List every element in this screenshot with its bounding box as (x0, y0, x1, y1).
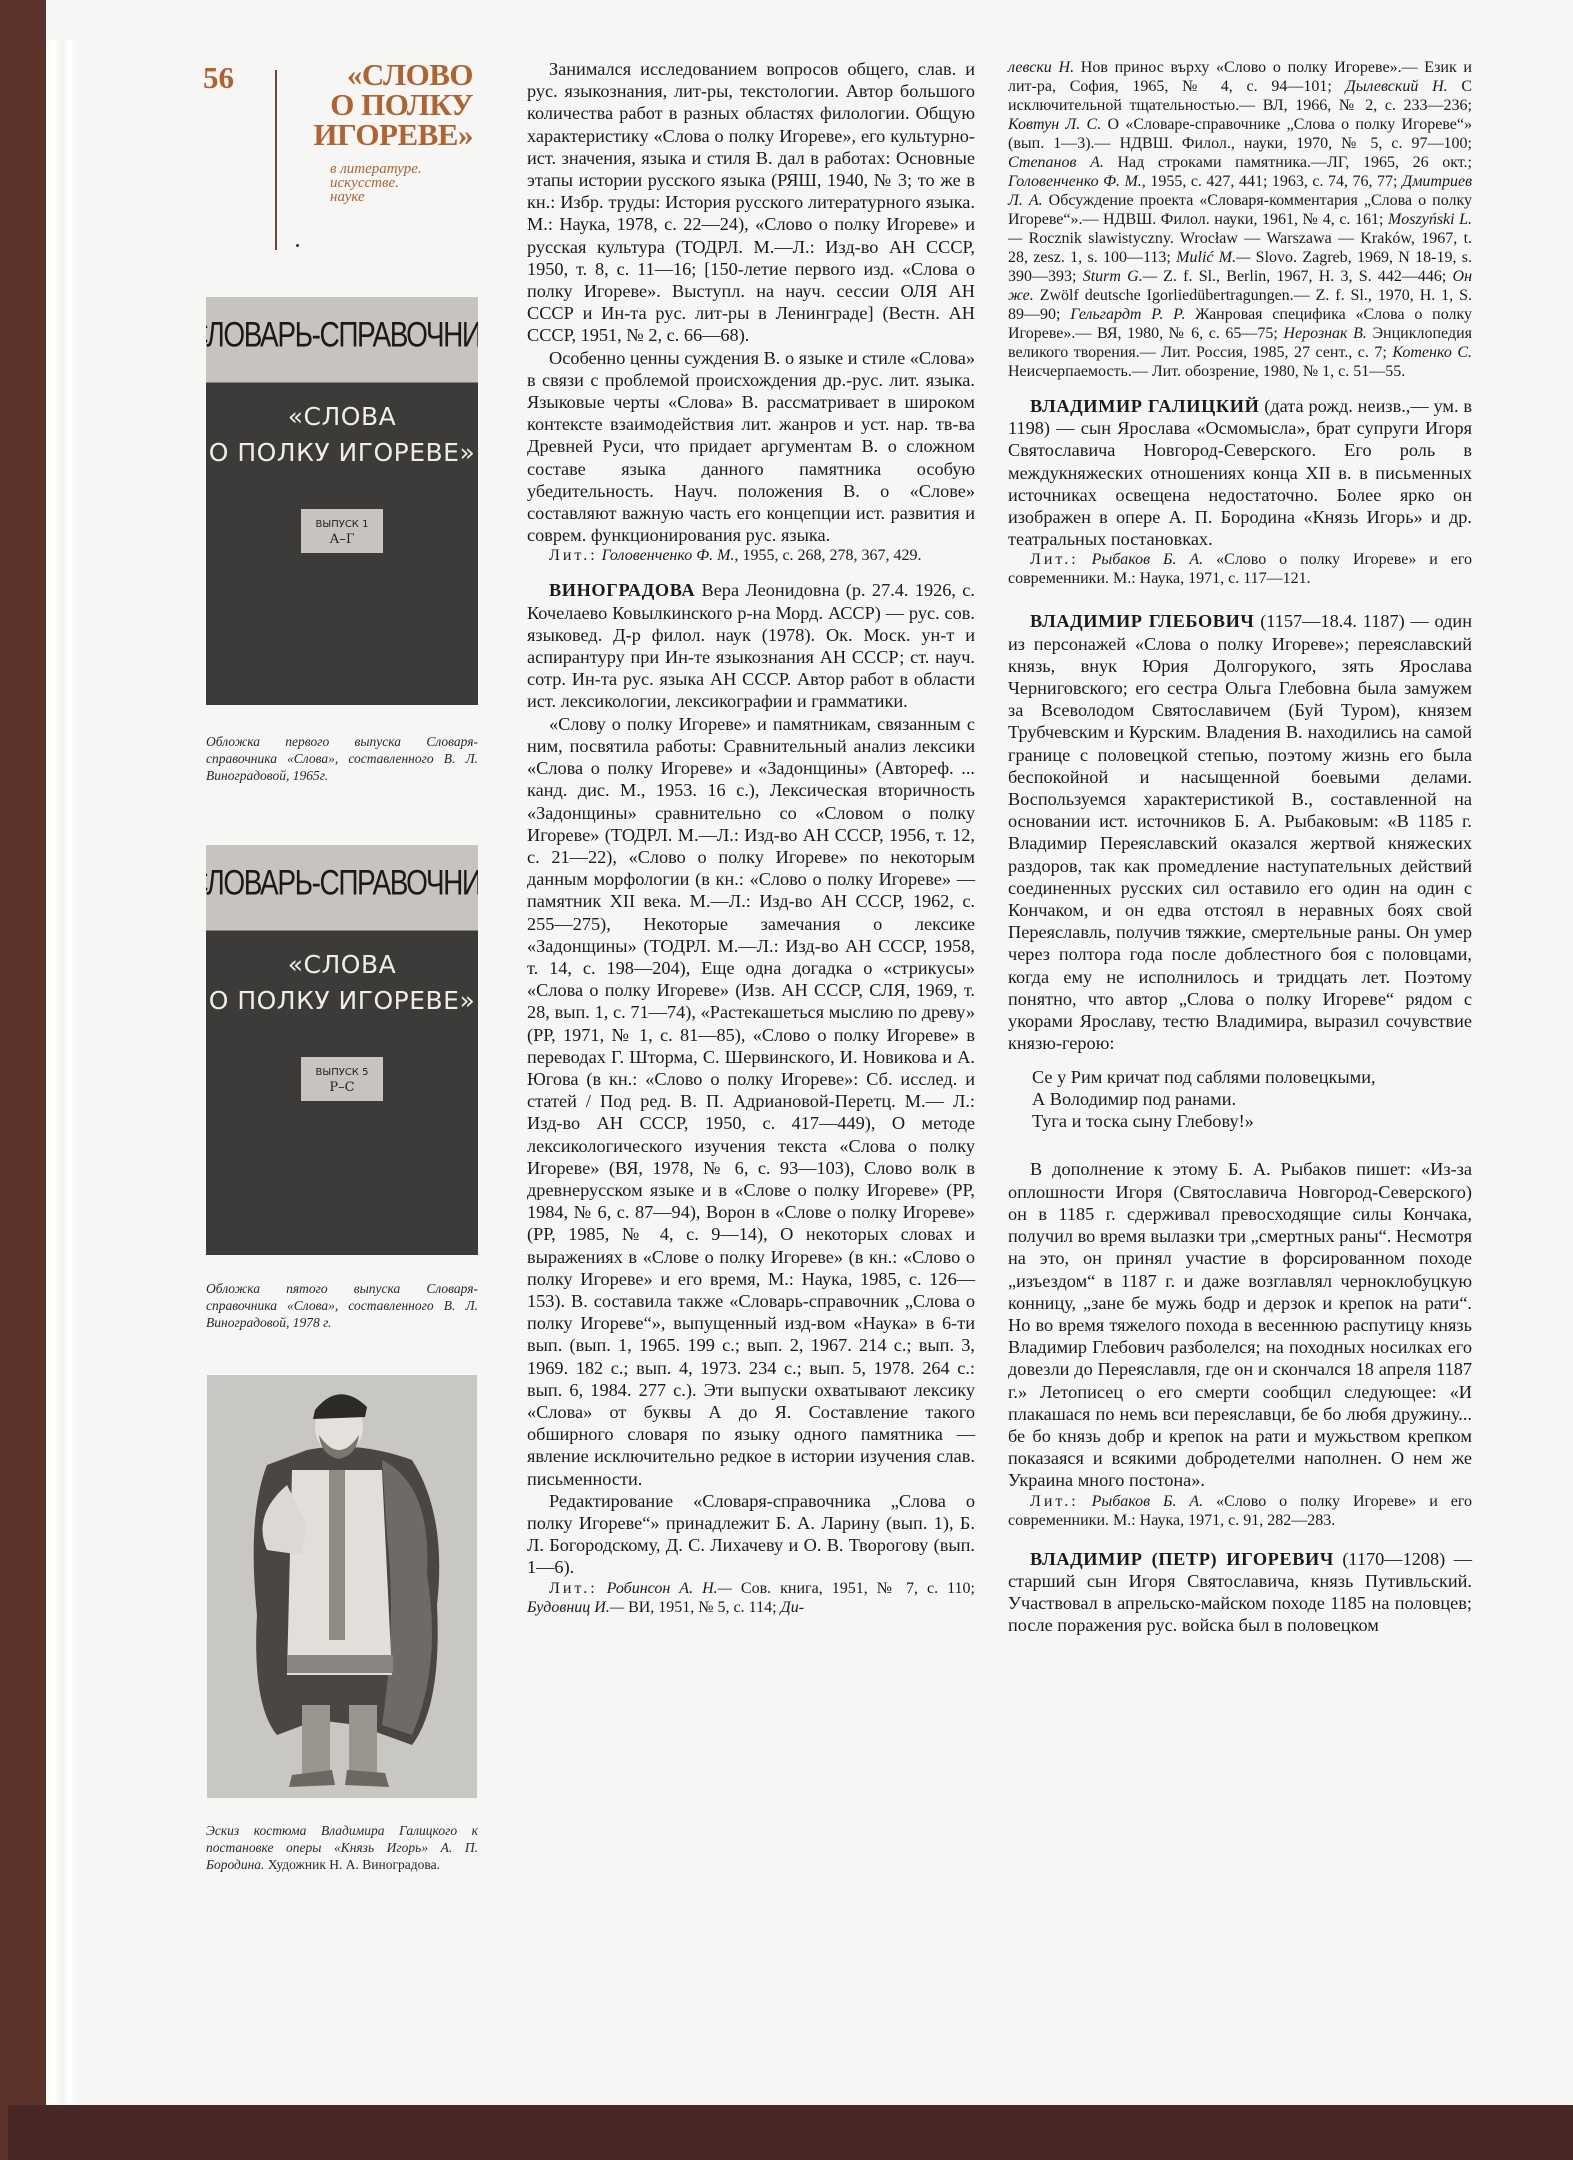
cover-issue-plate: ВЫПУСК 1 А–Г (301, 509, 383, 553)
running-title: «СЛОВО О ПОЛКУ ИГОРЕВЕ» (293, 60, 473, 150)
lit-author: Sturm G.— (1083, 268, 1157, 285)
figure-caption-3: Эскиз костюма Владимира Галицкого к пост… (206, 1822, 478, 1873)
running-title-line: О ПОЛКУ (293, 90, 473, 120)
subtitle-line: науке (330, 190, 490, 204)
cover-issue-plate: ВЫПУСК 5 Р–С (301, 1057, 383, 1101)
verse-line: Се у Рим кричат под саблями половецкыми, (1032, 1066, 1472, 1088)
lit-reference: Z. f. Sl., Berlin, 1967, H. 3, S. 442—44… (1163, 268, 1446, 285)
literature-note-continued: левски Н. Нов принос върху «Слово о полк… (1008, 58, 1472, 381)
lit-author: Котенко С. (1392, 344, 1472, 361)
lit-author: Нерознак В. (1283, 325, 1366, 342)
lit-author: Рыбаков Б. А. (1092, 551, 1204, 568)
cover-title-line: «СЛОВА (206, 399, 478, 435)
book-cover-issue-1: СЛОВАРЬ-СПРАВОЧНИК «СЛОВА О ПОЛКУ ИГОРЕВ… (206, 297, 478, 705)
lit-reference: Неисчерпаемость.— Лит. обозрение, 1980, … (1008, 363, 1405, 380)
header-divider (275, 70, 277, 250)
literature-note: Лит.: Головенченко Ф. М., 1955, с. 268, … (527, 546, 975, 565)
verse-quote: Се у Рим кричат под саблями половецкыми,… (1032, 1066, 1472, 1132)
page-number: 56 (203, 60, 234, 96)
cover-title-line: «СЛОВА (206, 947, 478, 983)
entry-headword: ВИНОГРАДОВА (549, 580, 695, 600)
lit-author: Рыбаков Б. А. (1092, 1493, 1204, 1510)
print-speck (296, 244, 299, 247)
scan-bottom-border (8, 2105, 1573, 2160)
entry-headword: ВЛАДИМИР ГАЛИЦКИЙ (1030, 396, 1259, 416)
entry-body: (дата рожд. неизв.,— ум. в 1198) — сын Я… (1008, 396, 1472, 549)
entry-vladimir-igorevich: ВЛАДИМИР (ПЕТР) ИГОРЕВИЧ (1170—1208) — с… (1008, 1548, 1472, 1637)
cover-issue-range: А–Г (301, 532, 383, 547)
cover-issue-number: ВЫПУСК 5 (301, 1065, 383, 1080)
lit-label: Лит.: (549, 547, 598, 564)
lit-author: Степанов А. (1008, 154, 1104, 171)
costume-sketch-illustration (207, 1375, 477, 1798)
entry-vinogradova: ВИНОГРАДОВА Вера Леонидовна (р. 27.4. 19… (527, 579, 975, 712)
cover-series-title: СЛОВАРЬ-СПРАВОЧНИК (206, 297, 478, 383)
entry-headword: ВЛАДИМИР (ПЕТР) ИГОРЕВИЧ (1030, 1549, 1334, 1569)
paragraph: В дополнение к этому Б. А. Рыбаков пишет… (1008, 1158, 1472, 1491)
running-title-line: «СЛОВО (293, 60, 473, 90)
cover-issue-range: Р–С (301, 1080, 383, 1095)
subtitle-line: в литературе. (330, 162, 490, 176)
lit-author: Будовниц И.— (527, 1599, 624, 1616)
running-title-line: ИГОРЕВЕ» (293, 120, 473, 150)
verse-line: Туга и тоска сыну Глебову!» (1032, 1110, 1472, 1132)
literature-note: Лит.: Робинсон А. Н.— Сов. книга, 1951, … (527, 1579, 975, 1617)
lit-label: Лит.: (1030, 551, 1079, 568)
book-cover-issue-5: СЛОВАРЬ-СПРАВОЧНИК «СЛОВА О ПОЛКУ ИГОРЕВ… (206, 845, 478, 1255)
page-fold-shadow (46, 40, 76, 2105)
entry-vladimir-glebovich: ВЛАДИМИР ГЛЕБОВИЧ (1157—18.4. 1187) — од… (1008, 610, 1472, 1054)
running-subtitle: в литературе. искусстве. науке (330, 162, 490, 204)
lit-reference: 1955, с. 427, 441; 1963, с. 74, 76, 77; (1150, 173, 1397, 190)
lit-reference: 1955, с. 268, 278, 367, 429. (742, 547, 921, 564)
paragraph: Особенно ценны суждения В. о языке и сти… (527, 347, 975, 547)
verse-line: А Володимир под ранами. (1032, 1088, 1472, 1110)
cover-title-line: О ПОЛКУ ИГОРЕВЕ» (206, 435, 478, 471)
lit-author: Головенченко Ф. М., (1008, 173, 1146, 190)
lit-author: Гельгардт Р. Р. (1070, 306, 1185, 323)
text-column-middle: Занимался исследованием вопросов общего,… (527, 58, 975, 1617)
cover-title: «СЛОВА О ПОЛКУ ИГОРЕВЕ» (206, 947, 478, 1019)
text-column-right: левски Н. Нов принос върху «Слово о полк… (1008, 58, 1472, 1636)
paragraph: Занимался исследованием вопросов общего,… (527, 58, 975, 347)
subtitle-line: искусстве. (330, 176, 490, 190)
figure-caption-2: Обложка пятого выпуска Словаря-справочни… (206, 1280, 478, 1331)
lit-label: Лит.: (549, 1580, 598, 1597)
figure-caption-1: Обложка первого выпуска Словаря-справочн… (206, 733, 478, 784)
cover-issue-number: ВЫПУСК 1 (301, 517, 383, 532)
cover-title: «СЛОВА О ПОЛКУ ИГОРЕВЕ» (206, 399, 478, 471)
cover-series-title: СЛОВАРЬ-СПРАВОЧНИК (206, 845, 478, 931)
costume-figure-icon (207, 1375, 477, 1798)
literature-note: Лит.: Рыбаков Б. А. «Слово о полку Игоре… (1008, 550, 1472, 588)
lit-reference: ВИ, 1951, № 5, с. 114; (628, 1599, 776, 1616)
lit-author: Головенченко Ф. М., (602, 547, 739, 564)
literature-note: Лит.: Рыбаков Б. А. «Слово о полку Игоре… (1008, 1492, 1472, 1530)
paragraph: «Слову о полку Игореве» и памятникам, св… (527, 713, 975, 1490)
entry-vladimir-galitsky: ВЛАДИМИР ГАЛИЦКИЙ (дата рожд. неизв.,— у… (1008, 395, 1472, 550)
lit-author: Mulić M.— (1176, 249, 1250, 266)
lit-reference: Над строками памятника.—ЛГ, 1965, 26 окт… (1117, 154, 1472, 171)
lit-author: Ди- (781, 1599, 805, 1616)
caption-artist: Художник Н. А. Виноградова. (268, 1857, 440, 1872)
paragraph: Редактирование «Словаря-справочника „Сло… (527, 1490, 975, 1579)
lit-author: Ковтун Л. С. (1008, 116, 1101, 133)
lit-author: Робинсон А. Н.— (607, 1580, 732, 1597)
entry-headword: ВЛАДИМИР ГЛЕБОВИЧ (1030, 611, 1254, 631)
lit-reference: Сов. книга, 1951, № 7, с. 110; (741, 1580, 975, 1597)
lit-author: Дылевский Н. (1346, 78, 1448, 95)
entry-body: (1157—18.4. 1187) — один из персонажей «… (1008, 611, 1472, 1053)
cover-title-line: О ПОЛКУ ИГОРЕВЕ» (206, 983, 478, 1019)
lit-label: Лит.: (1030, 1493, 1079, 1510)
lit-author: левски Н. (1008, 59, 1074, 76)
